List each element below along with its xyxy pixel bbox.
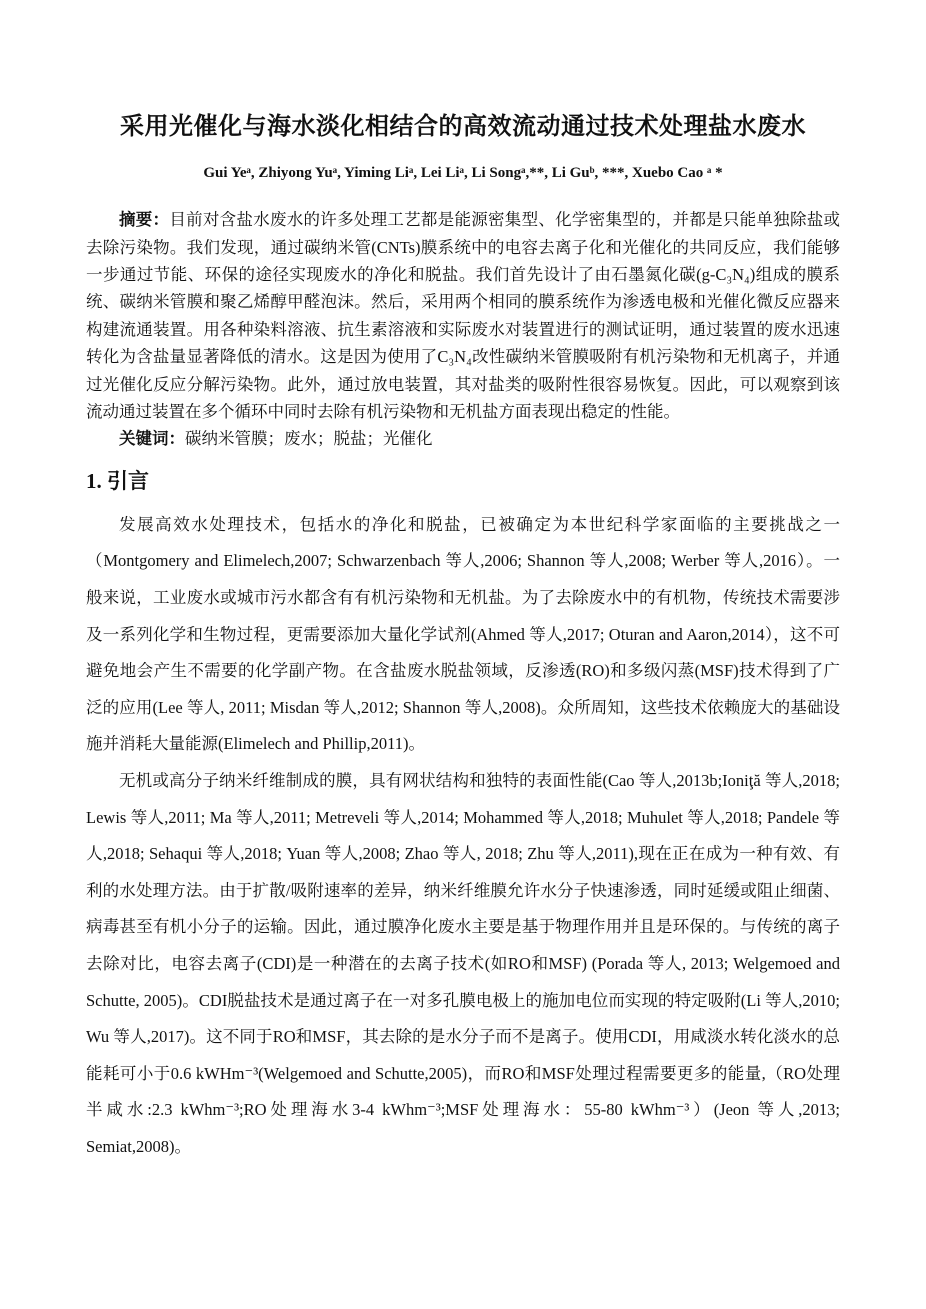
intro-paragraph-1: 发展高效水处理技术，包括水的净化和脱盐，已被确定为本世纪科学家面临的主要挑战之一… [86, 507, 840, 763]
paper-page: 采用光催化与海水淡化相结合的高效流动通过技术处理盐水废水 Gui Yeᵃ, Zh… [0, 0, 926, 1309]
section-heading-introduction: 1. 引言 [86, 465, 840, 495]
abstract-label: 摘要： [119, 210, 169, 229]
author-list: Gui Yeᵃ, Zhiyong Yuᵃ, Yiming Liᵃ, Lei Li… [86, 163, 840, 184]
abstract-paragraph: 摘要：目前对含盐水废水的许多处理工艺都是能源密集型、化学密集型的，并都是只能单独… [86, 206, 840, 425]
keywords-label: 关键词： [119, 429, 185, 448]
keywords-line: 关键词：碳纳米管膜；废水；脱盐；光催化 [86, 425, 840, 452]
intro-paragraph-2: 无机或高分子纳米纤维制成的膜，具有网状结构和独特的表面性能(Cao 等人,201… [86, 763, 840, 1166]
abstract-text: 目前对含盐水废水的许多处理工艺都是能源密集型、化学密集型的，并都是只能单独除盐或… [86, 210, 840, 421]
keywords-text: 碳纳米管膜；废水；脱盐；光催化 [185, 429, 433, 448]
paper-title: 采用光催化与海水淡化相结合的高效流动通过技术处理盐水废水 [86, 112, 840, 143]
